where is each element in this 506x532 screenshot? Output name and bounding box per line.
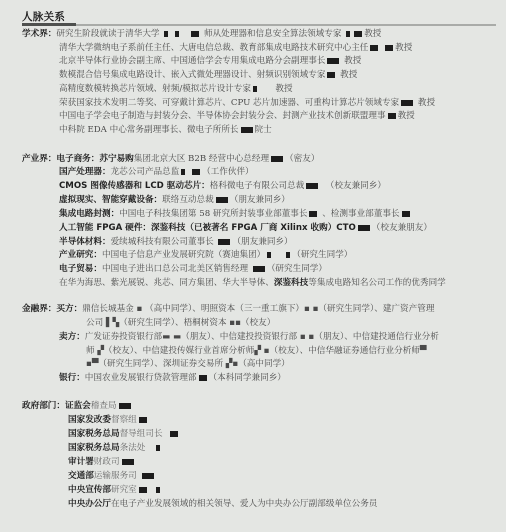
redaction: [199, 375, 207, 381]
redaction: [175, 31, 179, 37]
redaction: [241, 127, 253, 133]
redaction: [216, 197, 228, 203]
redaction: [139, 417, 147, 423]
redaction: [385, 45, 393, 51]
redaction: [181, 169, 185, 175]
academic-line-5: 高精度数模转换芯片领域、射频/模拟芯片设计专家 教授: [59, 83, 293, 95]
finance-sell-line-1: 卖方：广发证券投资银行部▬ ▬（朋友）、中信建投投资银行部 ▪ ▪（朋友）、中信…: [59, 331, 439, 343]
academic-line-7: 中国电子学会电子制造与封装分会、半导体协会封装分会、封测产业技术创新联盟理事教授: [59, 110, 415, 122]
industry-line-2: 国产处理器：龙芯公司产品总监 （工作伙伴）: [59, 166, 254, 178]
redaction: [286, 252, 290, 258]
redaction: [156, 487, 160, 493]
redaction: [358, 225, 370, 231]
academic-line-3: 北京半导体行业协会副主席、中国通信学会专用集成电路分会副理事长 教授: [59, 55, 361, 67]
redaction: [119, 403, 131, 409]
redaction: [253, 86, 257, 92]
redaction: [218, 239, 230, 245]
industry-line-6: 人工智能 FPGA 硬件：深鉴科技（已被著名 FPGA 厂商 Xilinx 收购…: [59, 222, 432, 234]
finance-buy-line-1: 金融界：买方：鼎信长城基金 ▪ （高中同学）、明照资本（三一重工旗下）▪ ▪（研…: [22, 303, 434, 315]
gov-line-6: 交通部运输服务司: [68, 470, 156, 482]
redaction: [370, 45, 378, 51]
redaction: [156, 445, 160, 451]
redaction: [122, 459, 134, 465]
gov-line-8: 中央办公厅在电子产业发展领域的相关领导、爱人为中央办公厅副部级单位公务员: [68, 498, 377, 510]
redaction: [402, 211, 410, 217]
redaction: [271, 156, 283, 162]
academic-line-6: 荣获国家技术发明二等奖、可穿戴计算芯片、CPU 芯片加速器、可重构计算芯片领域专…: [59, 97, 435, 109]
industry-line-4: 虚拟现实、智能穿戴设备：联络互动总裁（朋友兼同乡）: [59, 194, 290, 206]
redaction: [142, 473, 154, 479]
title-underline-accent: [22, 23, 76, 26]
academic-line-2: 清华大学微纳电子系前任主任、大唐电信总裁、教育部集成电路技术研究中心主任 教授: [59, 42, 412, 54]
academic-category: 学术界：: [22, 29, 56, 39]
industry-line-10: 在华为海思、紫光展锐、兆芯、同方集团、华大半导体、深鉴科技等集成电路知名公司工作…: [59, 277, 446, 289]
redaction: [267, 252, 271, 258]
gov-line-7: 中央宣传部研究室: [68, 484, 162, 496]
gov-line-3: 国家税务总局督导组司长: [68, 428, 180, 440]
finance-category: 金融界：: [22, 304, 56, 314]
industry-line-7: 半导体材料：爱续城科技有限公司董事长 （朋友兼同乡）: [59, 236, 293, 248]
industry-line-8: 产业研究：中国电子信息产业发展研究院（赛迪集团） （研究生同学）: [59, 249, 352, 261]
redaction: [327, 58, 339, 64]
industry-line-9: 电子贸易：中国电子进出口总公司北美区销售经理 （研究生同学）: [59, 263, 327, 275]
academic-line-8: 中科院 EDA 中心常务副理事长、微电子所所长院士: [59, 124, 272, 136]
redaction: [253, 266, 265, 272]
industry-category: 产业界：: [22, 154, 56, 164]
gov-line-5: 审计署财政司: [68, 456, 136, 468]
redaction: [170, 431, 178, 437]
academic-line-4: 数模混合信号集成电路设计、嵌入式微处理器设计、射频识别领域专家 教授: [59, 69, 357, 81]
redaction: [346, 31, 350, 37]
redaction: [388, 113, 396, 119]
finance-buy-line-2: 公司 ▌▚（研究生同学）、梧桐树资本 ▪▪（校友）: [86, 317, 275, 329]
redaction: [309, 211, 317, 217]
industry-line-3: CMOS 图像传感器和 LCD 驱动芯片：格科微电子有限公司总裁 （校友兼同乡）: [59, 180, 386, 192]
title-underline: [22, 24, 496, 26]
section-title: 人脉关系: [22, 9, 65, 24]
redaction: [354, 31, 362, 37]
redaction: [192, 169, 200, 175]
redaction: [164, 31, 168, 37]
redaction: [306, 183, 318, 189]
document-page: 人脉关系 学术界：研究生阶段就读于清华大学 师从处理器和信息安全算法领域专家 教…: [0, 0, 506, 532]
academic-line-1: 学术界：研究生阶段就读于清华大学 师从处理器和信息安全算法领域专家 教授: [22, 28, 381, 40]
redaction: [139, 487, 147, 493]
gov-line-2: 国家发改委督察组: [68, 414, 149, 426]
redaction: [191, 31, 199, 37]
gov-line-4: 国家税务总局条法处: [68, 442, 162, 454]
gov-line-1: 政府部门：证监会稽查局: [22, 400, 133, 412]
industry-line-1: 产业界：电子商务：苏宁易购集团北京大区 B2B 经营中心总经理（密友）: [22, 153, 319, 165]
government-category: 政府部门：: [22, 401, 65, 411]
industry-line-5: 集成电路封测：中国电子科技集团第 58 研究所封装事业部董事长 、检测事业部董事…: [59, 208, 412, 220]
finance-bank-line: 银行：中国农业发展银行贷款管理部（本科同学兼同乡）: [59, 372, 286, 384]
redaction: [401, 100, 413, 106]
finance-sell-line-2: 师 ▞（校友）、中信建投传媒行业首席分析师▞ ▪（校友）、中信华融证券通信行业分…: [86, 345, 427, 357]
finance-sell-line-3: ▪▀（研究生同学）、深圳证券交易所 ▞▪（高中同学）: [86, 358, 290, 370]
redaction: [327, 72, 335, 78]
